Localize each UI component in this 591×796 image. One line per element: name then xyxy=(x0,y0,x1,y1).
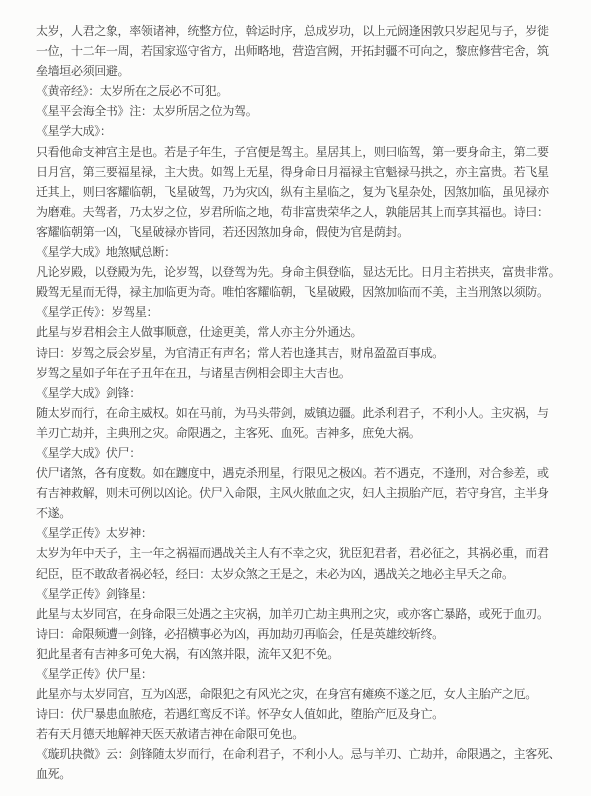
text-line: 若有天月德天地解神天医天赦诸吉神在命限可免也。 xyxy=(36,724,563,744)
text-line: 一位，十二年一周，若国家巡守省方，出师略地，营造宫阙，开拓封疆不可向之，黎庶修营… xyxy=(36,41,563,61)
text-line: 太岁为年中天子，主一年之祸福而遇战关主人有不幸之灾，犹臣犯君者，君必征之，其祸必… xyxy=(36,543,563,563)
text-line: 随太岁而行，在命主威权。如在马前，为马头带剑，威镇边疆。此杀利君子，不利小人。主… xyxy=(36,403,563,423)
text-line: 此星与岁君相会主人做事顺意，仕途更美，常人亦主分外通达。 xyxy=(36,322,563,342)
document-page: 太岁，人君之象，率领诸神，统整方位，斡运时序，总成岁功，以上元阏逢困敦只岁起见与… xyxy=(0,0,591,796)
text-line: 血死。 xyxy=(36,764,563,784)
section-title: 《星学正传》伏尸星： xyxy=(36,664,563,684)
section-title: 《星学正传》剑锋星： xyxy=(36,584,563,604)
text-line: 岁驾之星如子年在子丑年在丑，与诸星吉例相会即主大吉也。 xyxy=(36,363,563,383)
text-line: 犯此星者有吉神多可免大祸，有凶煞并限，流年又犯不免。 xyxy=(36,644,563,664)
text-line: 殿驾无星而无得，禄主加临更为奇。唯怕客耀临朝，飞星破殿，因煞加临而不美，主当刑煞… xyxy=(36,282,563,302)
section-title: 《星学大成》地煞赋总断： xyxy=(36,242,563,262)
text-line: 纪臣，臣不敢敌者祸必轻，经曰：太岁众煞之王是之，未必为凶，遇战关之地必主早夭之命… xyxy=(36,564,563,584)
text-line: 诗曰：伏尸暴患血脓疮，若遇红鸾反不详。怀孕女人值如此，堕胎产厄及身亡。 xyxy=(36,704,563,724)
text-line: 不遂。 xyxy=(36,503,563,523)
text-line: 凡论岁殿，以登殿为先，论岁驾，以登驾为先。身命主俱登临，显达无比。日月主若拱夹，… xyxy=(36,262,563,282)
text-line: 太岁，人君之象，率领诸神，统整方位，斡运时序，总成岁功，以上元阏逢困敦只岁起见与… xyxy=(36,21,563,41)
text-line: 诗曰：岁驾之辰会岁星，为官清正有声名；常人若也逢其吉，财帛盈盈百事成。 xyxy=(36,343,563,363)
text-line: 此星与太岁同宫，在身命限三处遇之主灾祸，加羊刃亡劫主典刑之灾，或亦客亡暴路，或死… xyxy=(36,604,563,624)
section-title: 《星学大成》： xyxy=(36,121,563,141)
text-line: 只看他命支神宫主是也。若是子年生，子宫便是驾主。星居其上，则曰临驾，第一要身命主… xyxy=(36,142,563,162)
text-line: 《星平会海全书》注：太岁所居之位为驾。 xyxy=(36,101,563,121)
text-line: 伏尸诸煞，各有度数。如在躔度中，遇克杀刑星，行限见之极凶。若不遇克，不逢刑，对合… xyxy=(36,463,563,483)
text-line: 诗曰：命限频遭一剑锋，必招横事必为凶，再加劫刃再临会，任是英雄绞斩终。 xyxy=(36,624,563,644)
text-line: 客耀临朝第一凶，飞星破禄亦皆同，若还因煞加身命，假使为官是荫封。 xyxy=(36,222,563,242)
section-title: 《星学正传》：岁驾星： xyxy=(36,302,563,322)
text-line: 《璇玑抉微》云：剑锋随太岁而行，在命利君子，不利小人。忌与羊刃、亡劫并，命限遇之… xyxy=(36,744,563,764)
text-line: 羊刃亡劫并，主典刑之灾。命限遇之，主客死、血死。吉神多，庶免大祸。 xyxy=(36,423,563,443)
text-line: 《黄帝经》：太岁所在之辰必不可犯。 xyxy=(36,81,563,101)
section-title: 《星学大成》伏尸： xyxy=(36,443,563,463)
text-line: 迁其上，则曰客耀临朝，飞星破驾，乃为灾凶，纵有主星临之，复为飞星杂处，因煞加临，… xyxy=(36,182,563,202)
section-title: 《星学正传》太岁神： xyxy=(36,523,563,543)
text-line: 此星亦与太岁同宫，互为凶恶，命限犯之有风光之灾，在身宫有瘫痪不遂之厄，女人主胎产… xyxy=(36,684,563,704)
text-line: 日月宫，第三要福星禄，主大贵。如驾上无星，得身命日月福禄主官魁禄马拱之，亦主富贵… xyxy=(36,162,563,182)
text-line: 有吉神救解，则未可例以凶论。伏尸入命限，主风火脓血之灾，妇人主损胎产厄，若守身宫… xyxy=(36,483,563,503)
text-line: 为磨难。夫驾者，乃太岁之位，岁君所临之地，苟非富贵荣华之人，孰能居其上而享其福也… xyxy=(36,202,563,222)
section-title: 《星学大成》剑锋： xyxy=(36,383,563,403)
text-line: 垒墙垣必须回避。 xyxy=(36,61,563,81)
